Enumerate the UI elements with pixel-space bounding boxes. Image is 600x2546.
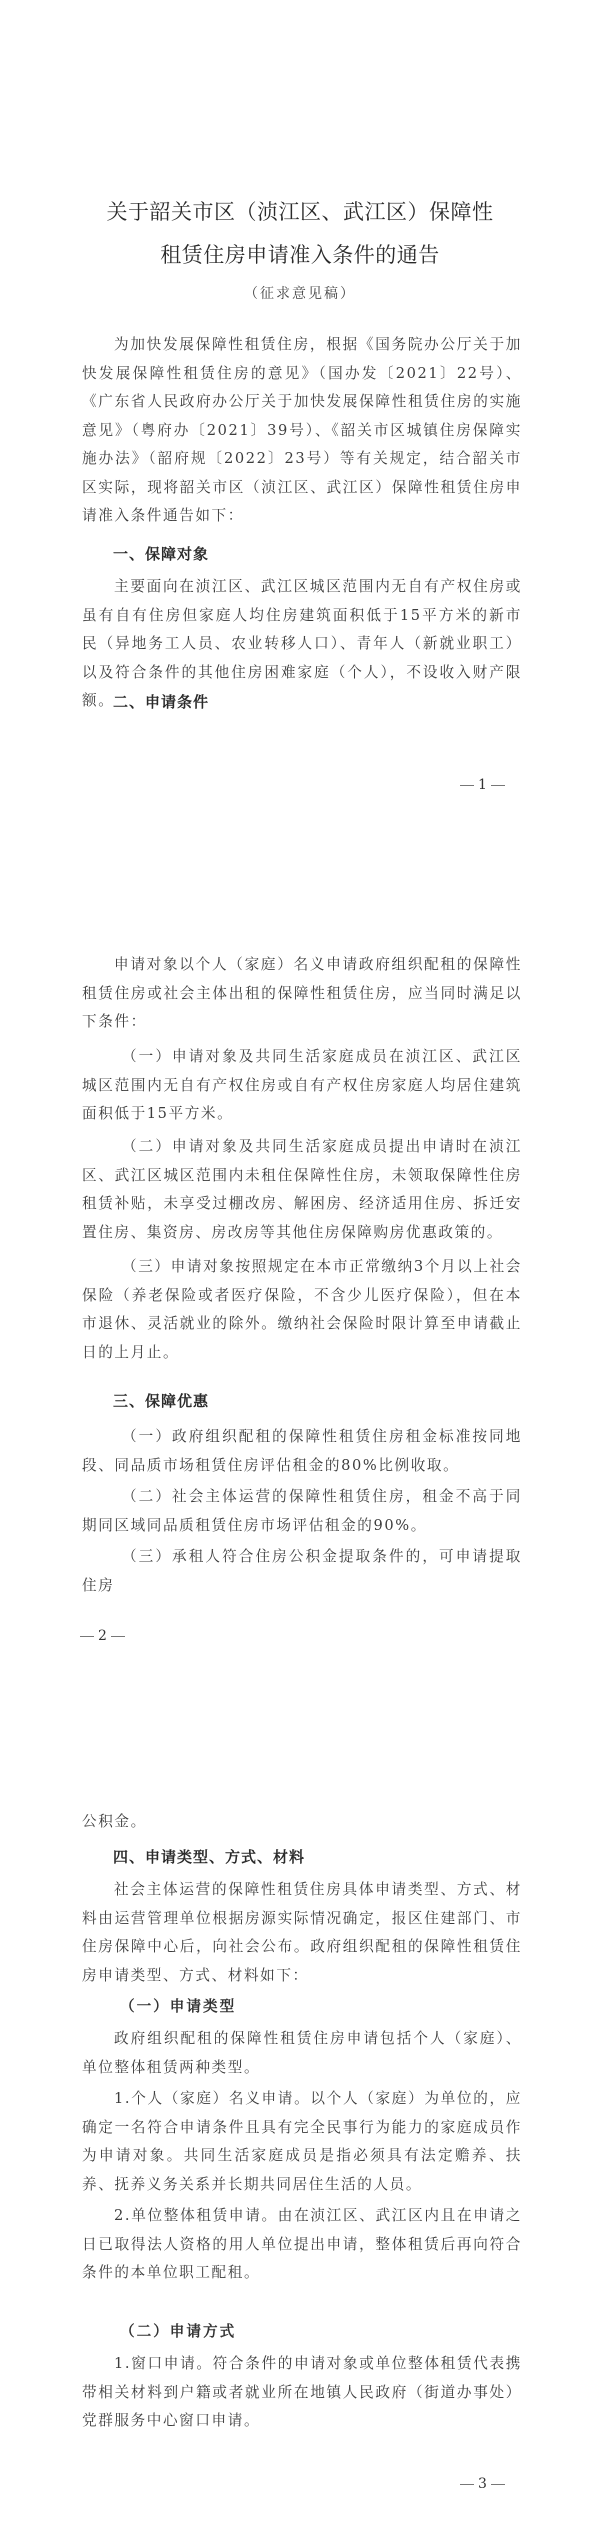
section-3-benefit-2: （二）社会主体运营的保障性租赁住房，租金不高于同期同区域同品质租赁住房市场评估租… [82, 1483, 522, 1540]
section-heading-2: 二、申请条件 [113, 691, 209, 712]
application-method-window: 1.窗口申请。符合条件的申请对象或单位整体租赁代表携带相关材料到户籍或者就业所在… [82, 2350, 522, 2436]
dash-decoration [460, 785, 474, 786]
subsection-heading-application-type: （一）申请类型 [120, 1995, 236, 2016]
dash-decoration [491, 785, 505, 786]
dash-decoration [491, 2484, 505, 2485]
dash-decoration [460, 2484, 474, 2485]
page-number-label: 3 [478, 2476, 487, 2492]
intro-paragraph: 为加快发展保障性租赁住房，根据《国务院办公厅关于加快发展保障性租赁住房的意见》（… [82, 331, 522, 531]
document-title-line-1: 关于韶关市区（浈江区、武江区）保障性 [0, 196, 600, 226]
page-number-2: 2 [80, 1628, 125, 1644]
section-2-condition-3: （三）申请对象按照规定在本市正常缴纳3个月以上社会保险（养老保险或者医疗保险，不… [82, 1253, 522, 1367]
page-number-label: 2 [98, 1628, 107, 1644]
section-4-paragraph: 社会主体运营的保障性租赁住房具体申请类型、方式、材料由运营管理单位根据房源实际情… [82, 1876, 522, 1990]
application-type-individual: 1.个人（家庭）名义申请。以个人（家庭）为单位的，应确定一名符合申请条件且具有完… [82, 2085, 522, 2199]
section-2-paragraph-intro: 申请对象以个人（家庭）名义申请政府组织配租的保障性租赁住房或社会主体出租的保障性… [82, 951, 522, 1037]
page-number-label: 1 [478, 777, 487, 793]
subsection-heading-application-method: （二）申请方式 [120, 2320, 236, 2341]
application-type-paragraph: 政府组织配租的保障性租赁住房申请包括个人（家庭）、单位整体租赁两种类型。 [82, 2025, 522, 2082]
page-number-3: 3 [460, 2476, 505, 2492]
dash-decoration [80, 1636, 94, 1637]
section-heading-1: 一、保障对象 [113, 543, 209, 564]
application-type-unit: 2.单位整体租赁申请。由在浈江区、武江区内且在申请之日已取得法人资格的用人单位提… [82, 2202, 522, 2288]
section-3-benefit-3-part-2: 公积金。 [82, 1808, 522, 1837]
document-title-line-2: 租赁住房申请准入条件的通告 [0, 239, 600, 269]
dash-decoration [111, 1636, 125, 1637]
section-2-condition-1: （一）申请对象及共同生活家庭成员在浈江区、武江区城区范围内无自有产权住房或自有产… [82, 1043, 522, 1129]
section-3-benefit-3-part-1: （三）承租人符合住房公积金提取条件的，可申请提取住房 [82, 1543, 522, 1600]
section-3-benefit-1: （一）政府组织配租的保障性租赁住房租金标准按同地段、同品质市场租赁住房评估租金的… [82, 1423, 522, 1480]
document-subtitle: （征求意见稿） [0, 283, 600, 303]
section-heading-3: 三、保障优惠 [113, 1390, 209, 1411]
section-2-condition-2: （二）申请对象及共同生活家庭成员提出申请时在浈江区、武江区城区范围内未租住保障性… [82, 1133, 522, 1247]
page-number-1: 1 [460, 777, 505, 793]
section-heading-4: 四、申请类型、方式、材料 [113, 1846, 305, 1867]
